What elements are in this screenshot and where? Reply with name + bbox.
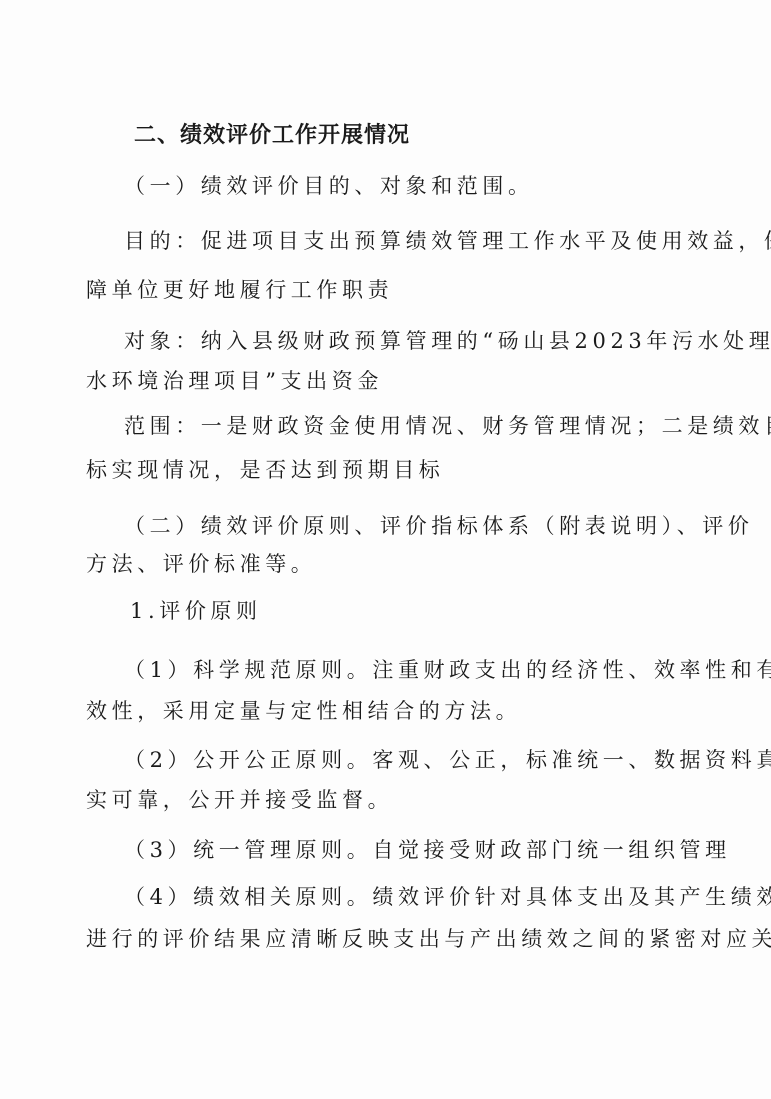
- subsection-heading: （二）绩效评价原则、评价指标体系（附表说明）、评价: [124, 512, 754, 540]
- document-page: 二、绩效评价工作开展情况 （一）绩效评价目的、对象和范围。 目的：促进项目支出预…: [0, 0, 771, 1099]
- subsection-heading: 方法、评价标准等。: [86, 550, 316, 578]
- paragraph-line: （3）统一管理原则。自觉接受财政部门统一组织管理: [124, 836, 731, 864]
- paragraph-line: 进行的评价结果应清晰反映支出与产出绩效之间的紧密对应关: [86, 925, 771, 953]
- item-heading: 1.评价原则: [130, 597, 262, 625]
- paragraph-line: 效性，采用定量与定性相结合的方法。: [86, 697, 521, 725]
- paragraph-line: 对象：纳入县级财政预算管理的“砀山县2023年污水处理和: [124, 327, 771, 355]
- paragraph-line: 水环境治理项目”支出资金: [86, 367, 383, 395]
- paragraph-line: （1）科学规范原则。注重财政支出的经济性、效率性和有: [124, 656, 771, 684]
- subsection-heading: （一）绩效评价目的、对象和范围。: [124, 172, 534, 200]
- paragraph-line: 障单位更好地履行工作职责: [86, 276, 393, 304]
- paragraph-line: 目的：促进项目支出预算绩效管理工作水平及使用效益，保: [124, 227, 771, 255]
- paragraph-line: （2）公开公正原则。客观、公正，标准统一、数据资料真: [124, 746, 771, 774]
- paragraph-line: 实可靠，公开并接受监督。: [86, 786, 393, 814]
- section-heading: 二、绩效评价工作开展情况: [134, 122, 410, 150]
- paragraph-line: 标实现情况，是否达到预期目标: [86, 456, 444, 484]
- paragraph-line: （4）绩效相关原则。绩效评价针对具体支出及其产生绩效: [124, 883, 771, 911]
- paragraph-line: 范围：一是财政资金使用情况、财务管理情况；二是绩效目: [124, 412, 771, 440]
